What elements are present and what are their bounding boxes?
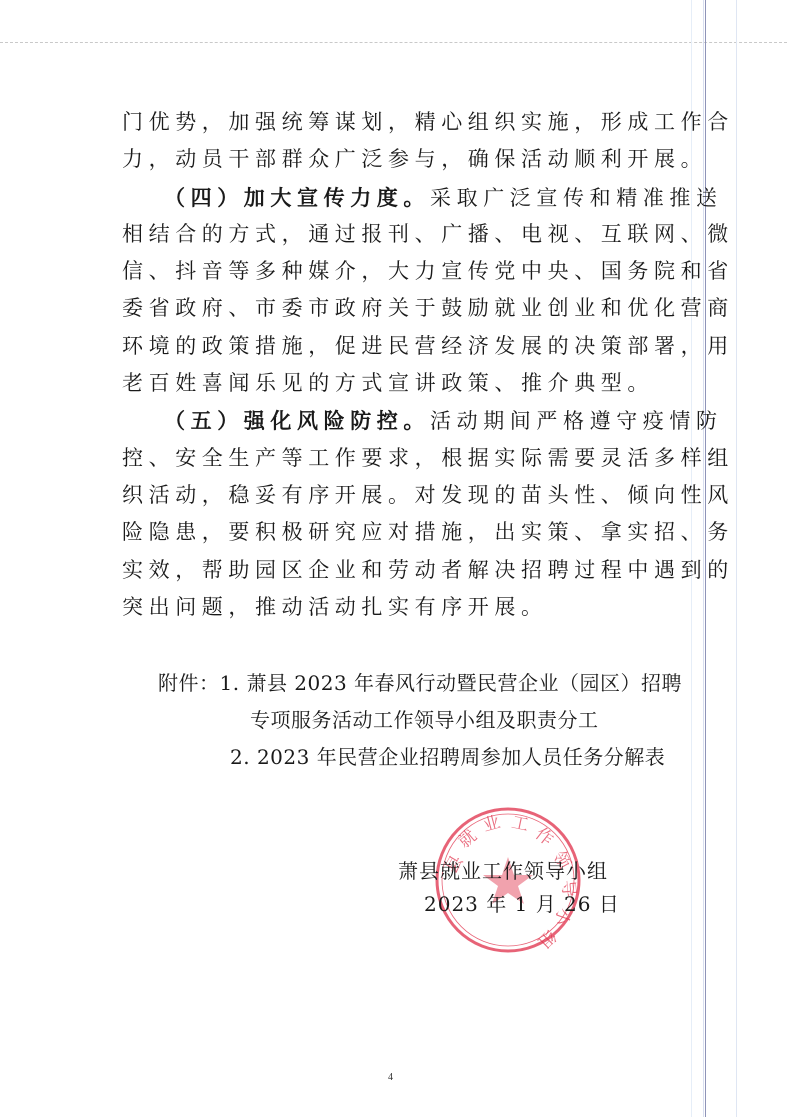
paragraph-line: 相结合的方式，通过报刊、广播、电视、互联网、微 bbox=[122, 216, 692, 253]
svg-text:业: 业 bbox=[481, 812, 503, 836]
attachment-title: 1. 萧县 2023 年春风行动暨民营企业（园区）招聘 bbox=[220, 671, 683, 695]
attachment-item-2: 2. 2023 年民营企业招聘周参加人员任务分解表 bbox=[158, 739, 698, 776]
section-five-first-line: （五）强化风险防控。活动期间严格遵守疫情防 bbox=[122, 402, 692, 439]
paragraph-line: 信、抖音等多种媒介，大力宣传党中央、国务院和省 bbox=[122, 253, 692, 290]
section-heading: （四）加大宣传力度。 bbox=[164, 185, 430, 210]
paragraph-text: 活动期间严格遵守疫情防 bbox=[430, 409, 723, 433]
paragraph-line: 险隐患，要积极研究应对措施，出实策、拿实招、务 bbox=[122, 514, 692, 551]
paragraph-line: 门优势，加强统筹谋划，精心组织实施，形成工作合 bbox=[122, 104, 692, 141]
paragraph-line: 环境的政策措施，促进民营经济发展的决策部署，用 bbox=[122, 328, 692, 365]
paragraph-line: 力，动员干部群众广泛参与，确保活动顺利开展。 bbox=[122, 141, 692, 178]
scan-artifact-vline bbox=[736, 0, 737, 1117]
paragraph-line: 控、安全生产等工作要求，根据实际需要灵活多样组 bbox=[122, 440, 692, 477]
section-heading: （五）强化风险防控。 bbox=[164, 408, 430, 433]
attachment-item-1: 附件：1. 萧县 2023 年春风行动暨民营企业（园区）招聘 bbox=[158, 665, 698, 702]
signature-block: 萧县就业工作领导小组 2023 年 1 月 26 日 bbox=[398, 855, 620, 921]
paragraph-line: 委省政府、市委市政府关于鼓励就业创业和优化营商 bbox=[122, 290, 692, 327]
paragraph-text: 采取广泛宣传和精准推送 bbox=[430, 186, 723, 210]
paragraph-line: 突出问题，推动活动扎实有序开展。 bbox=[122, 589, 692, 626]
svg-text:工: 工 bbox=[510, 813, 531, 836]
paragraph-line: 织活动，稳妥有序开展。对发现的苗头性、倾向性风 bbox=[122, 477, 692, 514]
svg-text:组: 组 bbox=[533, 925, 559, 951]
paragraph-line: 老百姓喜闻乐见的方式宣讲政策、推介典型。 bbox=[122, 365, 692, 402]
page-number: 4 bbox=[388, 1072, 393, 1083]
scan-artifact-line bbox=[0, 42, 787, 43]
issue-date: 2023 年 1 月 26 日 bbox=[398, 888, 620, 921]
attachment-title-continued: 专项服务活动工作领导小组及职责分工 bbox=[158, 702, 698, 739]
section-four-first-line: （四）加大宣传力度。采取广泛宣传和精准推送 bbox=[122, 179, 692, 216]
attachments-block: 附件：1. 萧县 2023 年春风行动暨民营企业（园区）招聘 专项服务活动工作领… bbox=[158, 665, 698, 776]
paragraph-line: 实效，帮助园区企业和劳动者解决招聘过程中遇到的 bbox=[122, 552, 692, 589]
attachments-label: 附件： bbox=[158, 671, 220, 695]
issuing-organization: 萧县就业工作领导小组 bbox=[398, 855, 620, 888]
document-body: 门优势，加强统筹谋划，精心组织实施，形成工作合 力，动员干部群众广泛参与，确保活… bbox=[122, 104, 692, 626]
svg-text:作: 作 bbox=[531, 824, 557, 850]
